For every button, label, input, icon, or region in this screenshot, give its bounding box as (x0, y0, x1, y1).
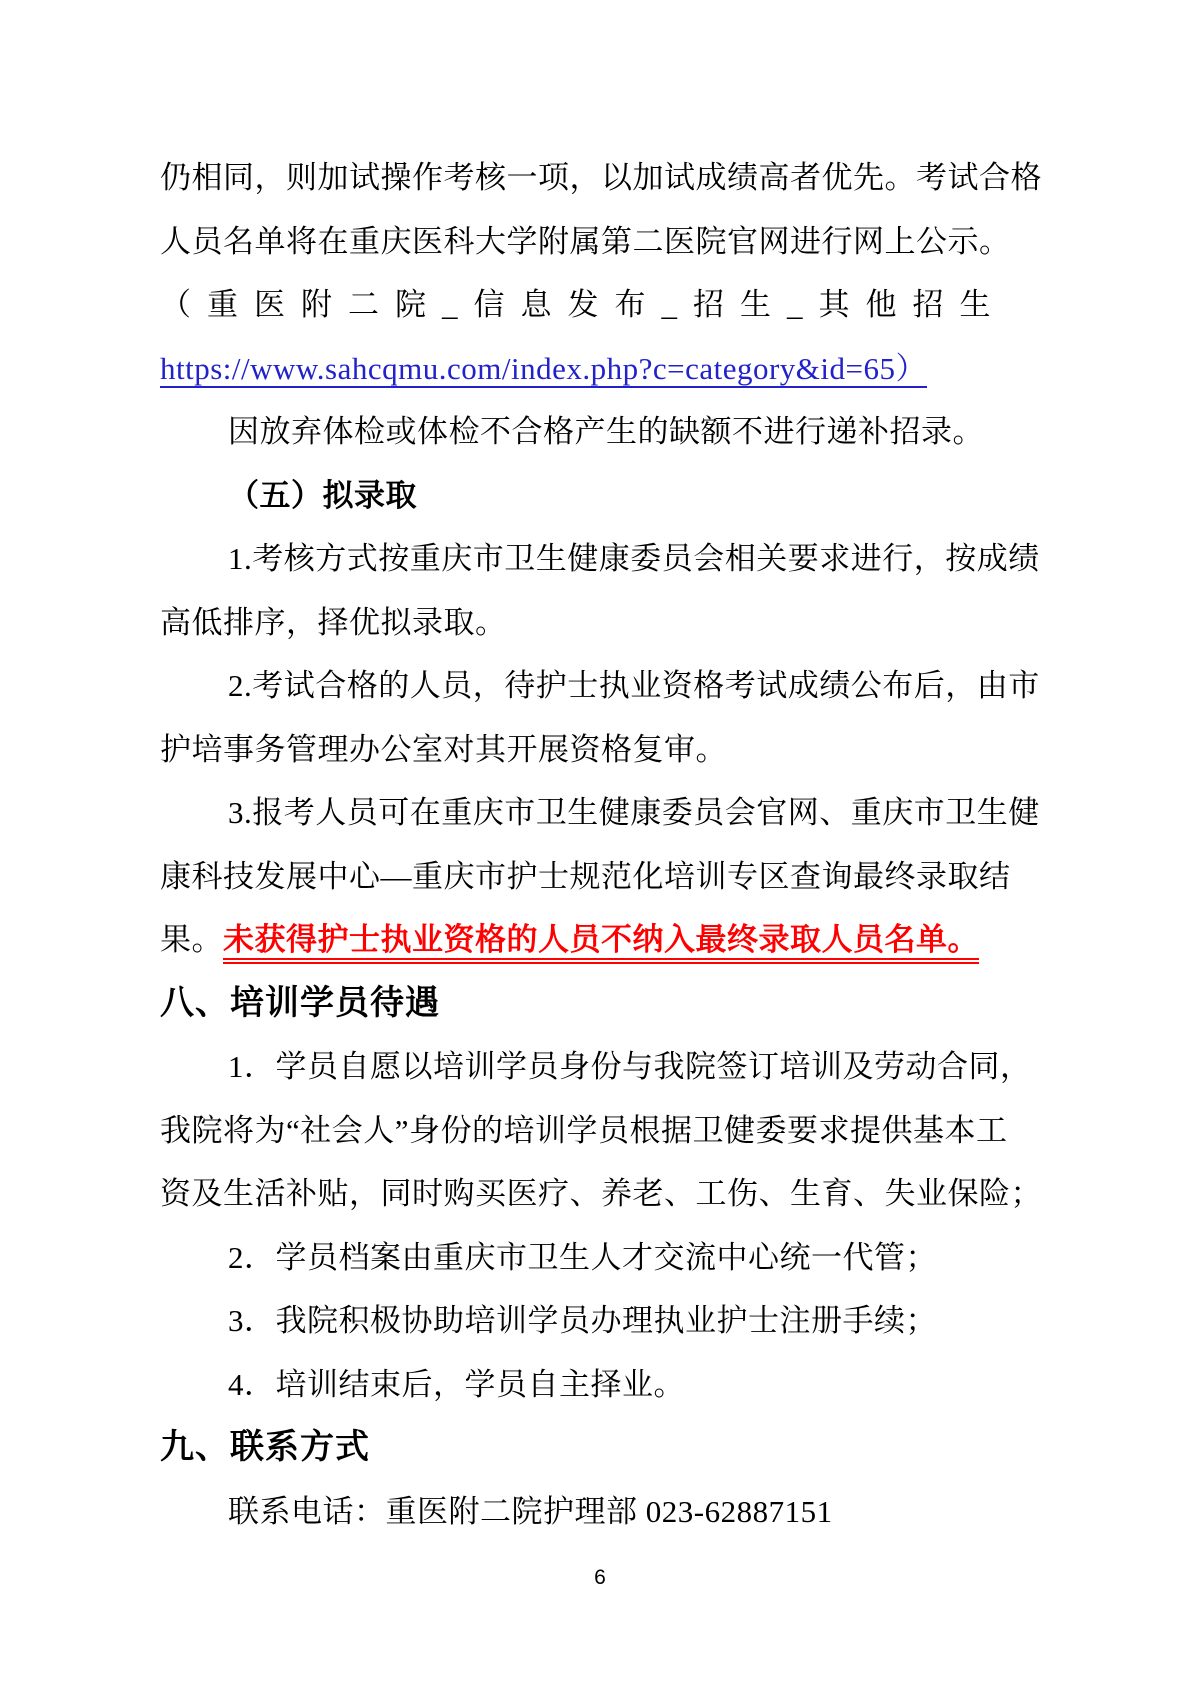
benefits-item1-line3: 资及生活补贴，同时购买医疗、养老、工伤、生育、失业保险； (160, 1162, 1046, 1226)
site-breadcrumb-line: （重医附二院_信息发布_招生_其他招生 (160, 273, 1046, 337)
result-text-prefix: 果。 (160, 922, 223, 957)
para-tiebreak-line2: 人员名单将在重庆医科大学附属第二医院官网进行网上公示。 (160, 210, 1046, 274)
red-emphasis-text: 未获得护士执业资格的人员不纳入最终录取人员名单。 (223, 922, 979, 964)
admission-item3-line2: 康科技发展中心—重庆市护士规范化培训专区查询最终录取结 (160, 845, 1046, 909)
admission-item2-line1: 2.考试合格的人员，待护士执业资格考试成绩公布后，由市 (160, 654, 1046, 718)
admission-item3-line3: 果。未获得护士执业资格的人员不纳入最终录取人员名单。 (160, 908, 1046, 972)
heading-section8-trainee-benefits: 八、培训学员待遇 (160, 972, 1046, 1036)
benefits-item3: 3．我院积极协助培训学员办理执业护士注册手续； (160, 1289, 1046, 1353)
hyperlink-url[interactable]: https://www.sahcqmu.com/index.php?c=cate… (160, 351, 927, 386)
benefits-item1-line1: 1．学员自愿以培训学员身份与我院签订培训及劳动合同， (160, 1035, 1046, 1099)
page-number: 6 (0, 1566, 1200, 1590)
admission-item3-line1: 3.报考人员可在重庆市卫生健康委员会官网、重庆市卫生健 (160, 781, 1046, 845)
admission-item1-line1: 1.考核方式按重庆市卫生健康委员会相关要求进行，按成绩 (160, 527, 1046, 591)
contact-phone-line: 联系电话：重医附二院护理部 023-62887151 (160, 1480, 1046, 1544)
benefits-item2: 2．学员档案由重庆市卫生人才交流中心统一代管； (160, 1226, 1046, 1290)
hyperlink-line: https://www.sahcqmu.com/index.php?c=cate… (160, 337, 1046, 401)
document-content: 仍相同，则加试操作考核一项，以加试成绩高者优先。考试合格 人员名单将在重庆医科大… (160, 146, 1046, 1543)
para-no-makeup-recruit: 因放弃体检或体检不合格产生的缺额不进行递补招录。 (160, 400, 1046, 464)
heading-section5-proposed-admission: （五）拟录取 (160, 464, 1046, 528)
benefits-item4: 4．培训结束后，学员自主择业。 (160, 1353, 1046, 1417)
heading-section9-contact: 九、联系方式 (160, 1416, 1046, 1480)
admission-item2-line2: 护培事务管理办公室对其开展资格复审。 (160, 718, 1046, 782)
admission-item1-line2: 高低排序，择优拟录取。 (160, 591, 1046, 655)
para-tiebreak-line1: 仍相同，则加试操作考核一项，以加试成绩高者优先。考试合格 (160, 146, 1046, 210)
document-page: 仍相同，则加试操作考核一项，以加试成绩高者优先。考试合格 人员名单将在重庆医科大… (0, 0, 1200, 1697)
benefits-item1-line2: 我院将为“社会人”身份的培训学员根据卫健委要求提供基本工 (160, 1099, 1046, 1163)
